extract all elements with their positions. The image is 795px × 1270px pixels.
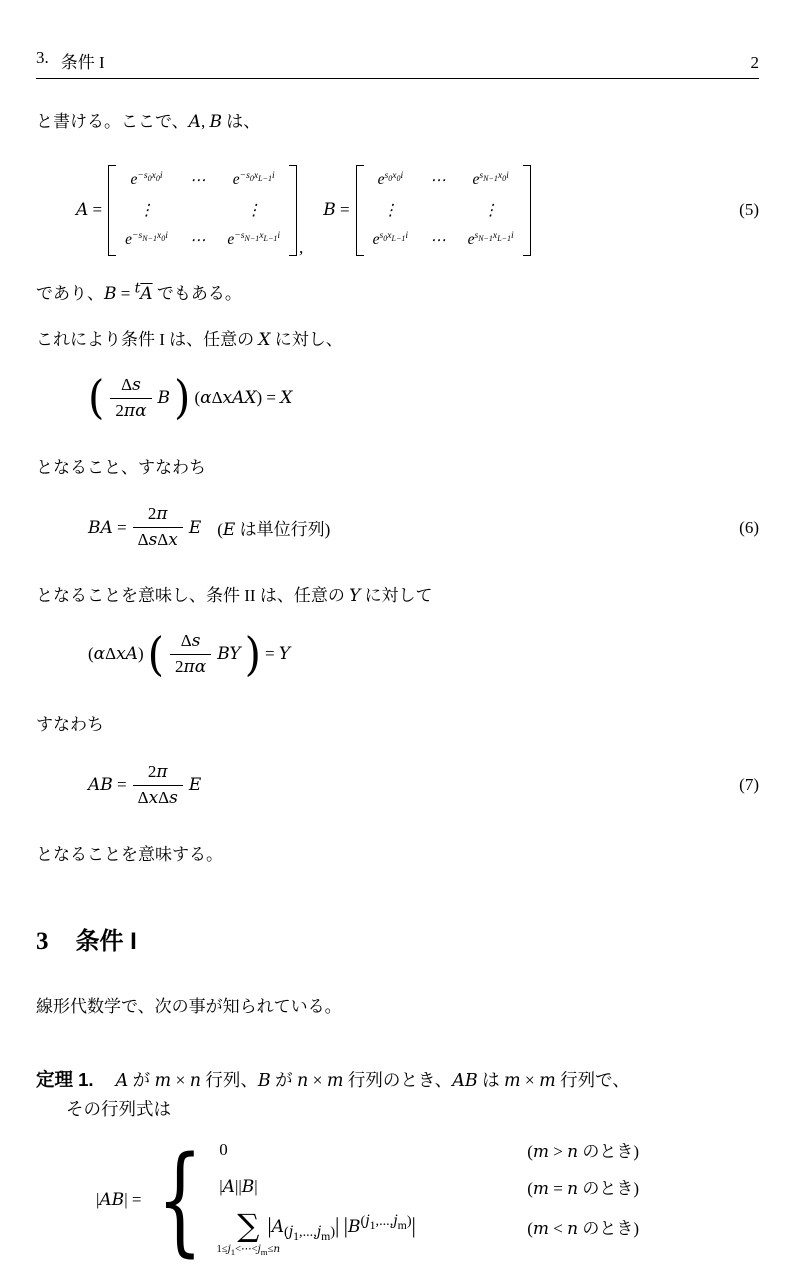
equation-condition2-display: (αΔxA) ( Δs 2πα BY ) = Y: [36, 632, 759, 677]
theorem-statement-line2: その行列式は: [66, 1095, 759, 1123]
matrix-cell: es0x0i: [378, 171, 404, 189]
fraction-denominator: ΔxΔs: [133, 785, 183, 808]
cases-lhs: |AB| =: [96, 1190, 141, 1210]
fraction-numerator: 2π: [143, 505, 173, 527]
matrix-cell: ⋮: [246, 201, 262, 220]
section-title: 条件 I: [76, 921, 137, 956]
equation-note: (E は単位行列): [217, 515, 330, 540]
matrix-cell: es0xL−1i: [373, 231, 408, 249]
matrix-cell: e−s0x0i: [130, 171, 162, 189]
equation-determinant-cases: |AB| = { 0 (m > n のとき) |A||B| (m = n のとき…: [36, 1137, 759, 1262]
case-condition: (m > n のとき): [527, 1137, 639, 1162]
paragraph-linear-algebra: 線形代数学で、次の事が知られている。: [36, 996, 759, 1019]
math-term: BA =: [88, 518, 127, 538]
case-value: ∑ 1≤j1<⋯<jm≤n |A(j1,...,jm)| |B(j1,...,j…: [219, 1211, 527, 1262]
fraction: Δs 2πα: [170, 632, 211, 677]
fraction-numerator: Δs: [176, 632, 206, 654]
separator-comma: ,: [299, 238, 303, 258]
paragraph-b-conjugate: であり、B = tA でもある。: [36, 283, 759, 306]
paragraph-condition2: となることを意味し、条件 II は、任意の Y に対して: [36, 585, 759, 608]
matrix-cell: e−s0xL−1i: [233, 171, 275, 189]
fraction-denominator: 2πα: [170, 654, 211, 677]
case-value: |A||B|: [219, 1177, 527, 1197]
paren-open-icon: (: [148, 634, 164, 675]
matrix-cell: ⋮: [139, 201, 155, 220]
section-number: 3: [36, 928, 49, 956]
fraction: Δs 2πα: [110, 376, 151, 421]
case-value: 0: [219, 1140, 527, 1160]
matrix-cell: ⋯: [430, 171, 446, 190]
equation-7: AB = 2π ΔxΔs E (7): [36, 763, 759, 808]
matrix-a: e−s0x0i ⋯ e−s0xL−1i ⋮ ⋮ e−sN−1x0i ⋯ e−sN…: [108, 164, 297, 257]
case-condition: (m < n のとき): [527, 1214, 639, 1259]
theorem-statement: A が m × n 行列、B が n × m 行列のとき、AB は m × m …: [116, 1070, 630, 1090]
matrix-cell: ⋯: [430, 231, 446, 250]
matrix-cell: e−sN−1xL−1i: [227, 231, 280, 249]
summand: |A(j1,...,jm)| |B(j1,...,jm)|: [267, 1214, 416, 1239]
paragraph-intro: と書ける。ここで、A, B は、: [36, 111, 759, 134]
equation-number: (5): [739, 200, 759, 220]
fraction: 2π ΔsΔx: [133, 505, 183, 550]
math-term: E: [189, 775, 201, 795]
summation-limits: 1≤j1<⋯<jm≤n: [217, 1243, 281, 1255]
header-section-title: 条件 I: [61, 48, 105, 73]
math-term: AB =: [88, 775, 127, 795]
theorem-1: 定理 1.A が m × n 行列、B が n × m 行列のとき、AB は m…: [36, 1065, 759, 1123]
page-content: 3. 条件 I 2 と書ける。ここで、A, B は、 A = e−s0x0i ⋯…: [0, 0, 795, 1262]
matrix-cell: e−sN−1x0i: [125, 231, 168, 249]
matrix-cell: esN−1x0i: [472, 171, 508, 189]
bracket-right-icon: [523, 165, 531, 256]
fraction-numerator: 2π: [143, 763, 173, 785]
fraction-denominator: ΔsΔx: [133, 527, 183, 550]
math-term: BY: [217, 644, 240, 664]
summation: ∑ 1≤j1<⋯<jm≤n: [237, 1211, 259, 1242]
equation-5: A = e−s0x0i ⋯ e−s0xL−1i ⋮ ⋮ e−sN−1x0i ⋯ …: [36, 164, 759, 257]
bracket-left-icon: [108, 165, 116, 256]
matrix-a-label: A =: [76, 200, 102, 220]
section-heading: 3 条件 I: [36, 921, 759, 956]
sigma-icon: ∑: [237, 1211, 259, 1242]
math-term: B: [158, 388, 171, 408]
paragraph-condition1: これにより条件 I は、任意の X に対し、: [36, 329, 759, 352]
equation-number: (6): [739, 518, 759, 538]
paren-close-icon: ): [174, 378, 190, 419]
equation-condition1-display: ( Δs 2πα B ) (αΔxAX) = X: [36, 376, 759, 421]
matrix-cell: ⋯: [190, 231, 206, 250]
math-term: = Y: [265, 644, 290, 664]
cases-brace-icon: {: [157, 1143, 203, 1257]
matrix-b-label: B =: [323, 200, 349, 220]
paragraph-imi: となることを意味する。: [36, 844, 759, 867]
equation-number: (7): [739, 775, 759, 795]
matrix-cell: esN−1xL−1i: [468, 231, 514, 249]
page-number: 2: [751, 53, 760, 73]
case-condition: (m = n のとき): [527, 1174, 639, 1199]
paren-open-icon: (: [88, 378, 104, 419]
math-term: E: [189, 518, 201, 538]
equation-6: BA = 2π ΔsΔx E (E は単位行列) (6): [36, 505, 759, 550]
bracket-right-icon: [289, 165, 297, 256]
math-term: (αΔxA): [88, 644, 144, 664]
matrix-cell: ⋯: [190, 171, 206, 190]
matrix-cell: ⋮: [383, 201, 399, 220]
fraction-denominator: 2πα: [110, 398, 151, 421]
matrix-b: es0x0i ⋯ esN−1x0i ⋮ ⋮ es0xL−1i ⋯ esN−1xL…: [356, 164, 531, 257]
bracket-left-icon: [356, 165, 364, 256]
fraction-numerator: Δs: [116, 376, 146, 398]
fraction: 2π ΔxΔs: [133, 763, 183, 808]
matrix-cell: ⋮: [483, 201, 499, 220]
math-term: (αΔxAX) = X: [194, 388, 292, 408]
document-page: { "header": { "section_no": "3.", "secti…: [0, 0, 795, 1270]
paren-close-icon: ): [245, 634, 261, 675]
header-section-number: 3.: [36, 48, 49, 73]
running-header: 3. 条件 I 2: [36, 48, 759, 79]
theorem-label: 定理 1.: [36, 1069, 94, 1090]
paragraph-sunawachi2: すなわち: [36, 714, 759, 737]
paragraph-sunawachi1: となること、すなわち: [36, 457, 759, 480]
